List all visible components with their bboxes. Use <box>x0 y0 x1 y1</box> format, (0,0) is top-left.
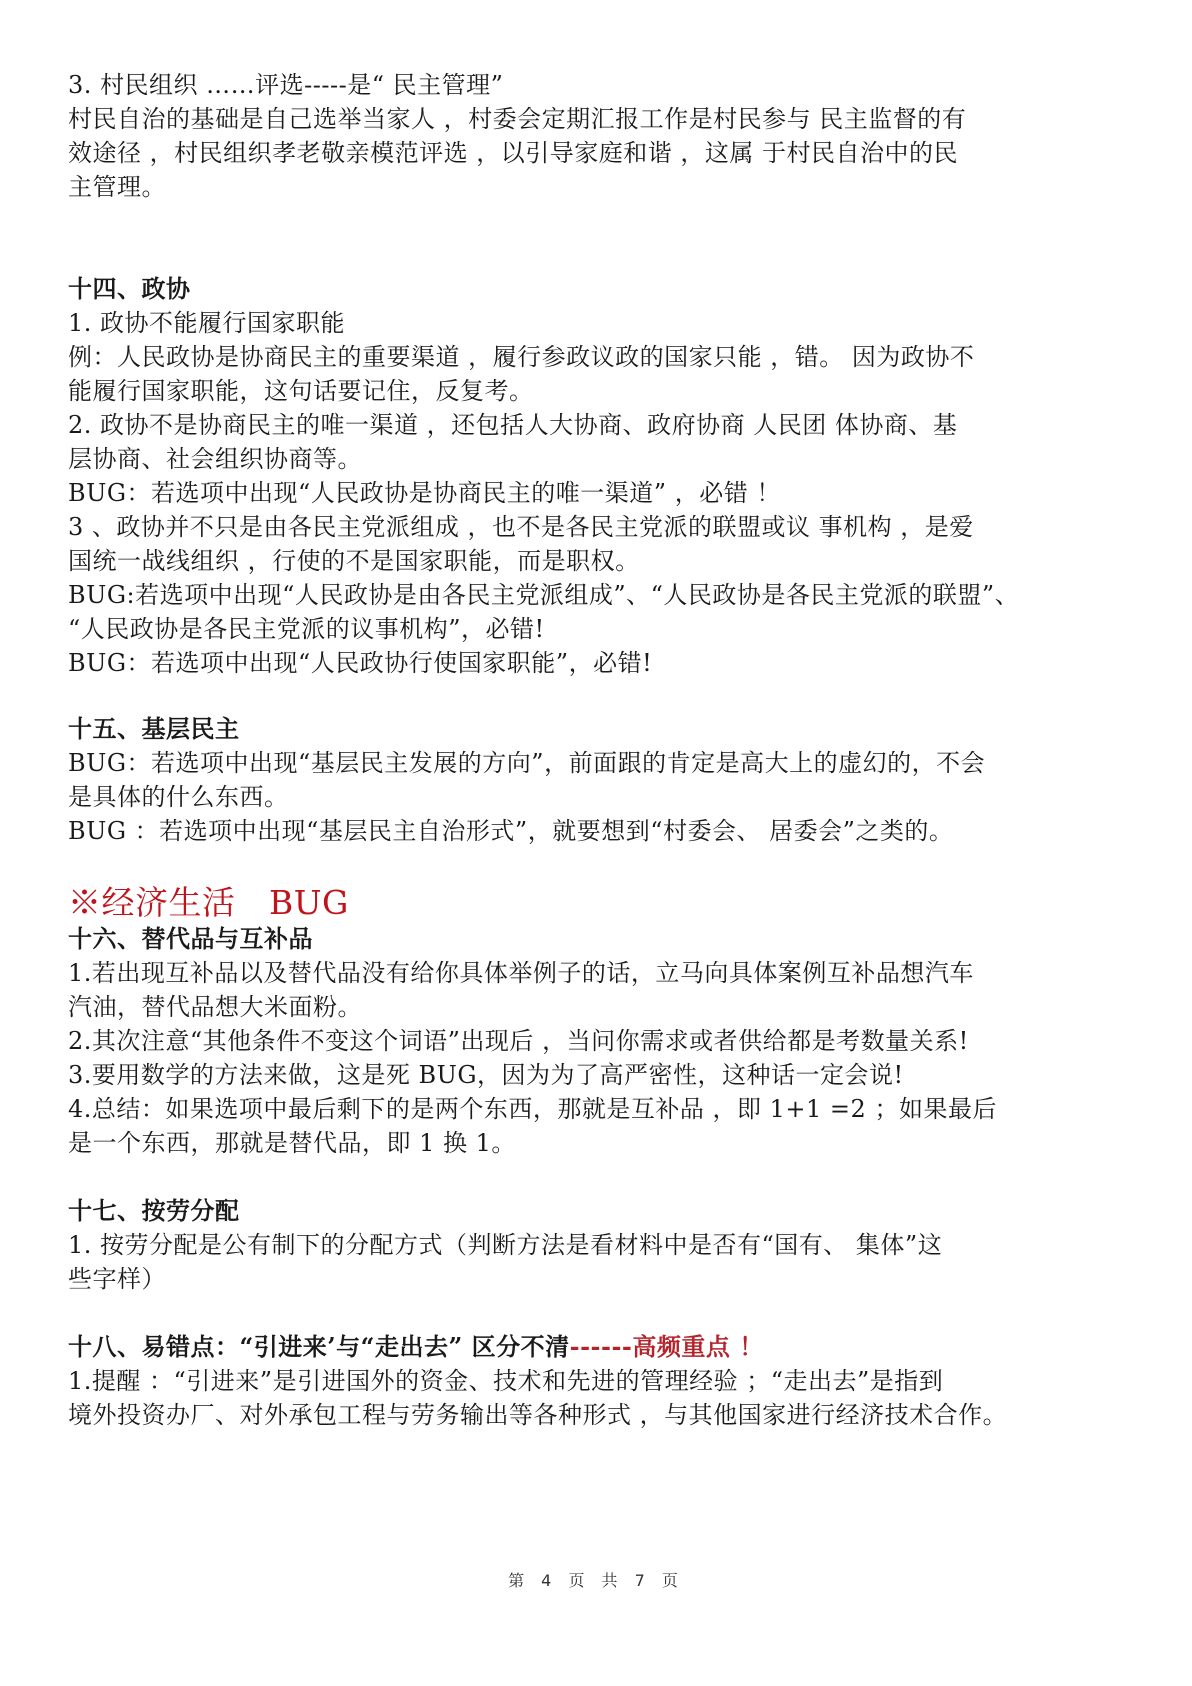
heading-18-accent: ------高频重点 ！ <box>570 1332 764 1361</box>
section-heading: 十六、替代品与互补品 <box>68 922 313 956</box>
text-line: 是具体的什么东西。 <box>68 780 289 814</box>
text-line: 3. 村民组织 ……评选-----是“ 民主管理” <box>68 68 503 102</box>
text-line: 村民自治的基础是自己选举当家人 ，村委会定期汇报工作是村民参与 民主监督的有 <box>68 102 966 136</box>
text-line: 4.总结：如果选项中最后剩下的是两个东西，那就是互补品 ，即 1+1 =2 ；如… <box>68 1092 997 1126</box>
text-line: 1. 按劳分配是公有制下的分配方式（判断方法是看材料中是否有“国有、 集体”这 <box>68 1228 942 1262</box>
text-line: 是一个东西，那就是替代品，即 1 换 1。 <box>68 1126 516 1160</box>
chapter-title: ※经济生活 BUG <box>68 882 349 924</box>
text-line: BUG：若选项中出现“基层民主发展的方向”，前面跟的肯定是高大上的虚幻的，不会 <box>68 746 985 780</box>
text-line: 3 、政协并不只是由各民主党派组成 ，也不是各民主党派的联盟或议 事机构 ，是爱 <box>68 510 974 544</box>
text-line: BUG：若选项中出现“人民政协行使国家职能”，必错! <box>68 646 652 680</box>
text-line: BUG ：若选项中出现“基层民主自治形式”，就要想到“村委会、 居委会”之类的。 <box>68 814 953 848</box>
text-line: 主管理。 <box>68 170 166 204</box>
text-line: 3.要用数学的方法来做，这是死 BUG，因为为了高严密性，这种话一定会说! <box>68 1058 904 1092</box>
section-heading: 十五、基层民主 <box>68 712 240 746</box>
text-line: 例：人民政协是协商民主的重要渠道 ，履行参政议政的国家只能 ，错。 因为政协不 <box>68 340 974 374</box>
text-line: 能履行国家职能，这句话要记住，反复考。 <box>68 374 534 408</box>
section-heading: 十七、按劳分配 <box>68 1194 240 1228</box>
text-line: 层协商、社会组织协商等。 <box>68 442 362 476</box>
text-line: 2.其次注意“其他条件不变这个词语”出现后 ，当问你需求或者供给都是考数量关系! <box>68 1024 969 1058</box>
text-line: 境外投资办厂、对外承包工程与劳务输出等各种形式 ，与其他国家进行经济技术合作。 <box>68 1398 1007 1432</box>
text-line: 2. 政协不是协商民主的唯一渠道 ，还包括人大协商、政府协商 人民团 体协商、基 <box>68 408 957 442</box>
text-line: 1.提醒 ：“引进来”是引进国外的资金、技术和先进的管理经验 ；“走出去”是指到 <box>68 1364 943 1398</box>
text-line: 些字样） <box>68 1262 166 1296</box>
text-line: 1. 政协不能履行国家职能 <box>68 306 345 340</box>
section-heading: 十四、政协 <box>68 272 191 306</box>
text-line: 1.若出现互补品以及替代品没有给你具体举例子的话，立马向具体案例互补品想汽车 <box>68 956 974 990</box>
text-line: BUG：若选项中出现“人民政协是协商民主的唯一渠道” ，必错 ！ <box>68 476 781 510</box>
text-line: “人民政协是各民主党派的议事机构”，必错! <box>68 612 545 646</box>
heading-18-main: 十八、易错点：“引进来’与“走出去” 区分不清 <box>68 1332 570 1361</box>
text-line: 国统一战线组织 ，行使的不是国家职能，而是职权。 <box>68 544 640 578</box>
heading-section-18: 十八、易错点：“引进来’与“走出去” 区分不清------高频重点 ！ <box>68 1330 764 1364</box>
text-line: BUG:若选项中出现“人民政协是由各民主党派组成”、“人民政协是各民主党派的联盟… <box>68 578 1019 612</box>
text-line: 汽油，替代品想大米面粉。 <box>68 990 362 1024</box>
page-footer: 第 4 页 共 7 页 <box>0 1568 1192 1591</box>
text-line: 效途径 ，村民组织孝老敬亲模范评选 ，以引导家庭和谐 ，这属 于村民自治中的民 <box>68 136 958 170</box>
